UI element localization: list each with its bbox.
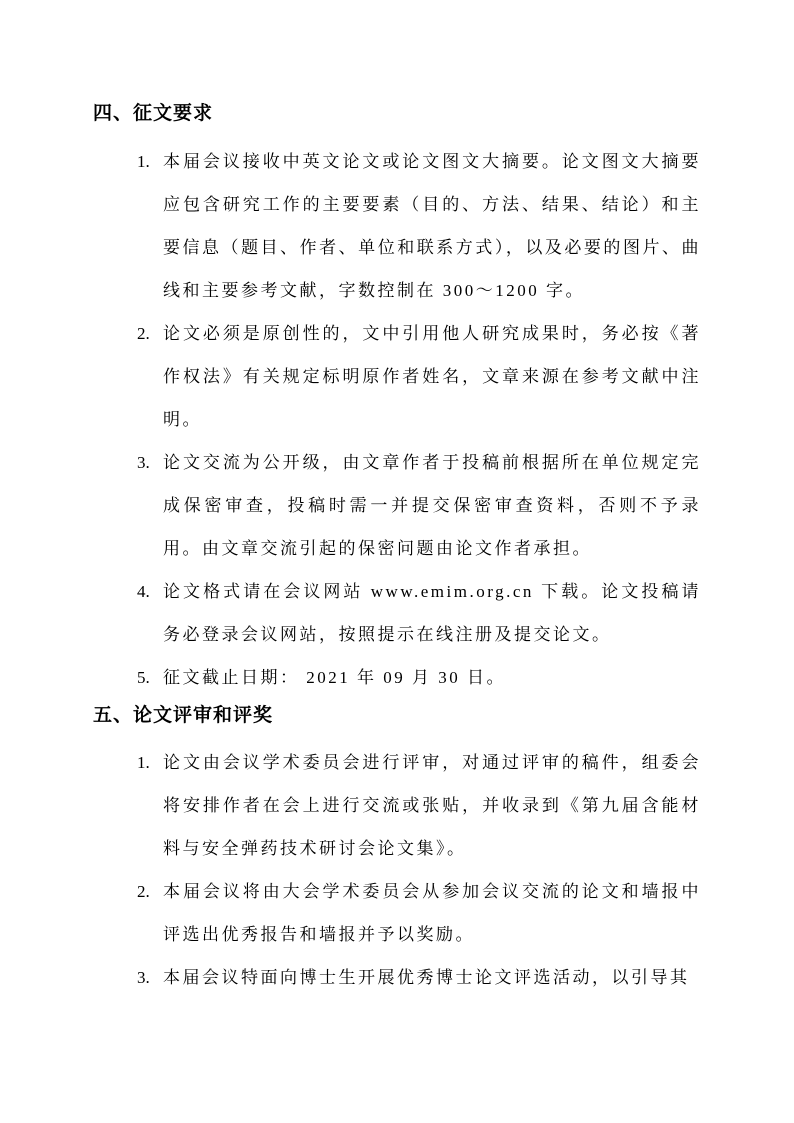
item-number: 2. xyxy=(137,312,163,441)
list-item: 4. 论文格式请在会议网站 www.emim.org.cn 下载。论文投稿请务必… xyxy=(137,570,701,656)
item-text: 论文必须是原创性的，文中引用他人研究成果时，务必按《著作权法》有关规定标明原作者… xyxy=(163,312,701,441)
item-text: 论文格式请在会议网站 www.emim.org.cn 下载。论文投稿请务必登录会… xyxy=(163,570,701,656)
section-2-items: 1. 论文由会议学术委员会进行评审，对通过评审的稿件，组委会将安排作者在会上进行… xyxy=(93,741,701,999)
document-page: 四、征文要求 1. 本届会议接收中英文论文或论文图文大摘要。论文图文大摘要应包含… xyxy=(0,0,794,1123)
section-heading-review-and-awards: 五、论文评审和评奖 xyxy=(93,700,701,731)
item-text: 本届会议特面向博士生开展优秀博士论文评选活动，以引导其 xyxy=(163,956,701,999)
item-text: 本届会议接收中英文论文或论文图文大摘要。论文图文大摘要应包含研究工作的主要要素（… xyxy=(163,140,701,312)
list-item: 3. 论文交流为公开级，由文章作者于投稿前根据所在单位规定完成保密审查，投稿时需… xyxy=(137,441,701,570)
item-number: 3. xyxy=(137,441,163,570)
item-number: 5. xyxy=(137,656,163,699)
item-number: 1. xyxy=(137,741,163,870)
list-item: 1. 本届会议接收中英文论文或论文图文大摘要。论文图文大摘要应包含研究工作的主要… xyxy=(137,140,701,312)
list-item: 5. 征文截止日期： 2021 年 09 月 30 日。 xyxy=(137,656,701,699)
section-heading-call-for-papers: 四、征文要求 xyxy=(93,98,701,129)
list-item: 3. 本届会议特面向博士生开展优秀博士论文评选活动，以引导其 xyxy=(137,956,701,999)
item-number: 2. xyxy=(137,870,163,956)
list-item: 1. 论文由会议学术委员会进行评审，对通过评审的稿件，组委会将安排作者在会上进行… xyxy=(137,741,701,870)
item-text: 论文交流为公开级，由文章作者于投稿前根据所在单位规定完成保密审查，投稿时需一并提… xyxy=(163,441,701,570)
section-1-items: 1. 本届会议接收中英文论文或论文图文大摘要。论文图文大摘要应包含研究工作的主要… xyxy=(93,140,701,699)
list-item: 2. 本届会议将由大会学术委员会从参加会议交流的论文和墙报中评选出优秀报告和墙报… xyxy=(137,870,701,956)
item-text: 论文由会议学术委员会进行评审，对通过评审的稿件，组委会将安排作者在会上进行交流或… xyxy=(163,741,701,870)
item-number: 3. xyxy=(137,956,163,999)
item-text: 征文截止日期： 2021 年 09 月 30 日。 xyxy=(163,656,701,699)
list-item: 2. 论文必须是原创性的，文中引用他人研究成果时，务必按《著作权法》有关规定标明… xyxy=(137,312,701,441)
item-text: 本届会议将由大会学术委员会从参加会议交流的论文和墙报中评选出优秀报告和墙报并予以… xyxy=(163,870,701,956)
item-number: 1. xyxy=(137,140,163,312)
item-number: 4. xyxy=(137,570,163,656)
